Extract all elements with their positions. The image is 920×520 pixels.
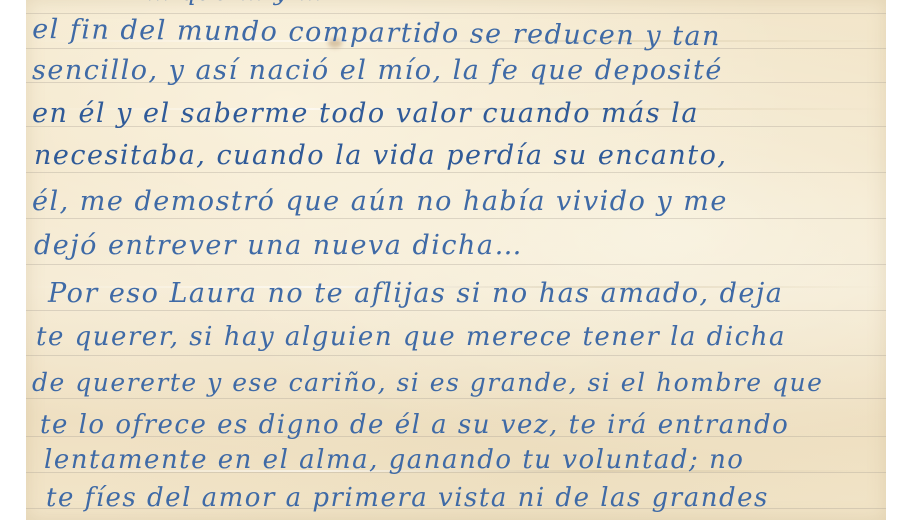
ruled-line <box>26 13 886 14</box>
letter-line-3: en él y el saberme todo valor cuando más… <box>32 98 699 129</box>
letter-line-5: él, me demostró que aún no había vivido … <box>32 186 728 217</box>
letter-line-1: el fin del mundo compartido se reducen y… <box>32 14 721 52</box>
ruled-line <box>26 398 886 399</box>
ruled-line <box>26 355 886 356</box>
letter-line-12: te fíes del amor a primera vista ni de l… <box>46 483 769 513</box>
letter-line-11: lentamente en el alma, ganando tu volunt… <box>44 445 744 475</box>
letter-page: … que … y … el fin del mundo compartido … <box>26 0 886 520</box>
letter-line-2: sencillo, y así nació el mío, la fe que … <box>32 55 723 86</box>
letter-line-10: te lo ofrece es digno de él a su vez, te… <box>40 410 789 440</box>
letter-line-9: de quererte y ese cariño, si es grande, … <box>32 368 823 397</box>
ruled-line <box>26 310 886 311</box>
letter-line-0: … que … y … <box>146 0 324 6</box>
ruled-line <box>26 172 886 173</box>
ruled-line <box>26 218 886 219</box>
letter-line-8: te querer, si hay alguien que merece ten… <box>36 322 786 352</box>
ruled-line <box>26 264 886 265</box>
letter-line-6: dejó entrever una nueva dicha… <box>34 230 523 261</box>
letter-line-7: Por eso Laura no te aflijas si no has am… <box>48 278 783 309</box>
letter-line-4: necesitaba, cuando la vida perdía su enc… <box>34 140 728 171</box>
